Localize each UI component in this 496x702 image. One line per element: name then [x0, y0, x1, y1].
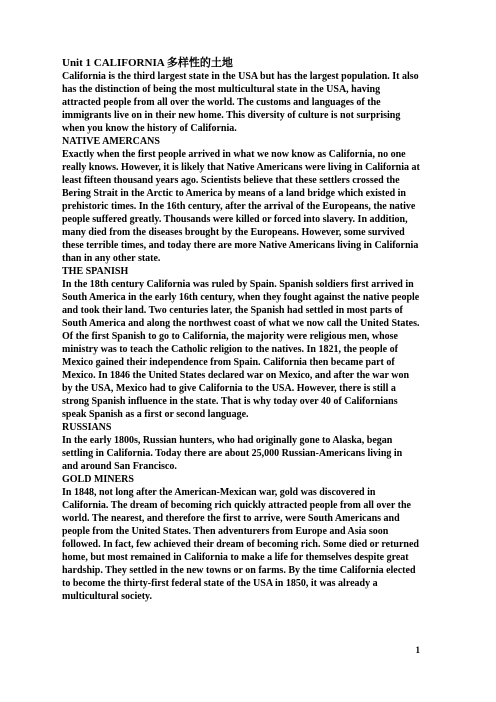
section-paragraph-gold-miners: In 1848, not long after the American-Mex… — [62, 486, 420, 603]
section-heading-native-amercans: NATIVE AMERCANS — [62, 135, 420, 148]
document-page: Unit 1 CALIFORNIA 多样性的土地 California is t… — [0, 0, 496, 702]
section-heading-the-spanish: THE SPANISH — [62, 265, 420, 278]
section-paragraph-native-amercans: Exactly when the first people arrived in… — [62, 148, 420, 265]
page-footer: 1 — [62, 645, 420, 656]
intro-paragraph: California is the third largest state in… — [62, 70, 420, 135]
document-content: Unit 1 CALIFORNIA 多样性的土地 California is t… — [62, 57, 420, 603]
section-paragraph-the-spanish: In the 18th century California was ruled… — [62, 278, 420, 421]
document-title: Unit 1 CALIFORNIA 多样性的土地 — [62, 57, 420, 70]
page-number: 1 — [416, 645, 421, 655]
section-heading-gold-miners: GOLD MINERS — [62, 473, 420, 486]
section-heading-russians: RUSSIANS — [62, 421, 420, 434]
section-paragraph-russians: In the early 1800s, Russian hunters, who… — [62, 434, 420, 473]
